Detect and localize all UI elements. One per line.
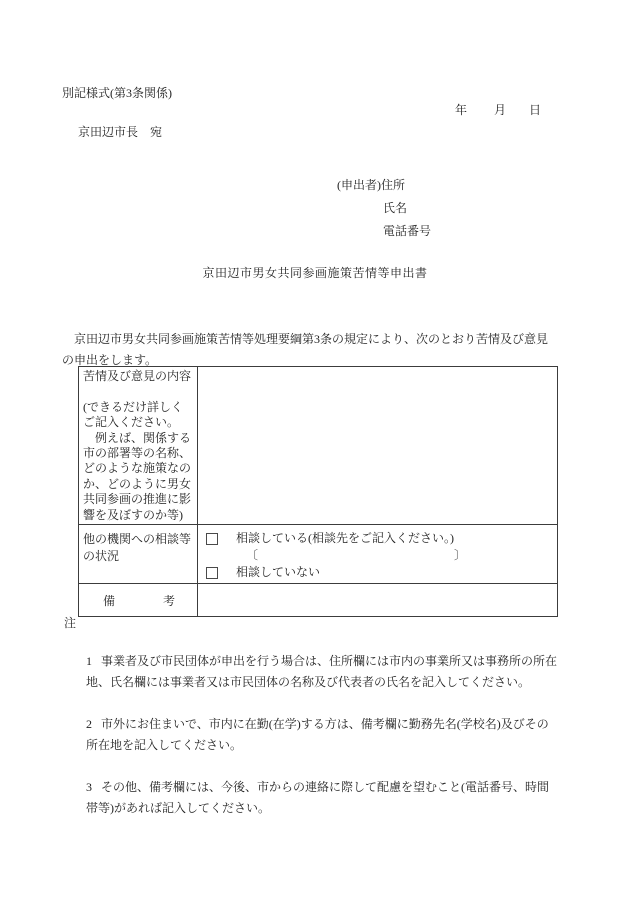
intro-paragraph: 京田辺市男女共同参画施策苦情等処理要綱第3条の規定により、次のとおり苦情及び意見… xyxy=(62,329,574,371)
remarks-header-char2: 考 xyxy=(163,594,175,608)
table-row: 他の機関への相談等 の状況 相談している(相談先をご記入ください。) 〔〕 相談… xyxy=(79,525,558,584)
date-month-label: 月 xyxy=(494,101,506,118)
table-row: 苦情及び意見の内容 (できるだけ詳しく ご記入ください。 例えば、関係する 市の… xyxy=(79,367,558,525)
table-row: 備考 xyxy=(79,584,558,617)
note-number: 3 xyxy=(86,780,92,794)
consultation-option-1-label: 相談している(相談先をご記入ください。) xyxy=(236,530,454,547)
form-reference: 別記様式(第3条関係) xyxy=(62,84,172,101)
remarks-input-area[interactable] xyxy=(198,584,558,617)
applicant-address-line: (申出者)住所 xyxy=(337,174,431,197)
remarks-header-char1: 備 xyxy=(103,594,115,608)
note-text: その他、備考欄には、今後、市からの連絡に際して配慮を望むこと(電話番号、時間 帯… xyxy=(86,780,549,815)
note-number: 1 xyxy=(86,654,92,668)
note-number: 2 xyxy=(86,717,92,731)
applicant-phone-label: 電話番号 xyxy=(337,220,431,243)
consultation-destination-input-area[interactable] xyxy=(258,558,454,559)
consultation-options-cell: 相談している(相談先をご記入ください。) 〔〕 相談していない xyxy=(198,525,558,584)
remarks-header: 備考 xyxy=(79,584,198,617)
applicant-prefix: (申出者) xyxy=(337,178,381,192)
bracket-close: 〕 xyxy=(454,548,466,562)
note-item-2: 2市外にお住まいで、市内に在勤(在学)する方は、備考欄に勤務先名(学校名)及びそ… xyxy=(64,693,576,756)
complaint-content-input-area[interactable] xyxy=(198,367,558,525)
consultation-option-1: 相談している(相談先をご記入ください。) xyxy=(206,530,557,547)
consultation-status-header: 他の機関への相談等 の状況 xyxy=(79,525,198,584)
applicant-address-label: 住所 xyxy=(381,178,405,192)
note-item-1: 1事業者及び市民団体が申出を行う場合は、住所欄には市内の事業所又は事務所の所在 … xyxy=(64,630,576,693)
complaint-content-header: 苦情及び意見の内容 (できるだけ詳しく ご記入ください。 例えば、関係する 市の… xyxy=(79,367,198,525)
checkbox-consulted-icon[interactable] xyxy=(206,533,218,545)
note-item-3: 3その他、備考欄には、今後、市からの連絡に際して配慮を望むこと(電話番号、時間 … xyxy=(64,756,576,819)
bracket-open: 〔 xyxy=(246,548,258,562)
notes-heading: 注 xyxy=(64,616,576,630)
checkbox-not-consulted-icon[interactable] xyxy=(206,567,218,579)
note-text: 事業者及び市民団体が申出を行う場合は、住所欄には市内の事業所又は事務所の所在 地… xyxy=(86,654,557,689)
applicant-name-label: 氏名 xyxy=(337,197,431,220)
application-form-table: 苦情及び意見の内容 (できるだけ詳しく ご記入ください。 例えば、関係する 市の… xyxy=(78,366,558,617)
consultation-destination-field: 〔〕 xyxy=(206,547,557,564)
document-page: { "page": { "form_reference": "別記様式(第3条関… xyxy=(0,0,630,915)
notes-section: 注 1事業者及び市民団体が申出を行う場合は、住所欄には市内の事業所又は事務所の所… xyxy=(64,616,576,819)
note-text: 市外にお住まいで、市内に在勤(在学)する方は、備考欄に勤務先名(学校名)及びその… xyxy=(86,717,549,752)
addressee-line: 京田辺市長 宛 xyxy=(78,123,162,140)
page-title: 京田辺市男女共同参画施策苦情等申出書 xyxy=(0,264,630,281)
applicant-block: (申出者)住所 氏名 電話番号 xyxy=(337,174,431,243)
date-year-label: 年 xyxy=(455,101,467,118)
consultation-option-2-label: 相談していない xyxy=(236,564,320,581)
date-day-label: 日 xyxy=(529,101,541,118)
consultation-option-2: 相談していない xyxy=(206,564,557,581)
